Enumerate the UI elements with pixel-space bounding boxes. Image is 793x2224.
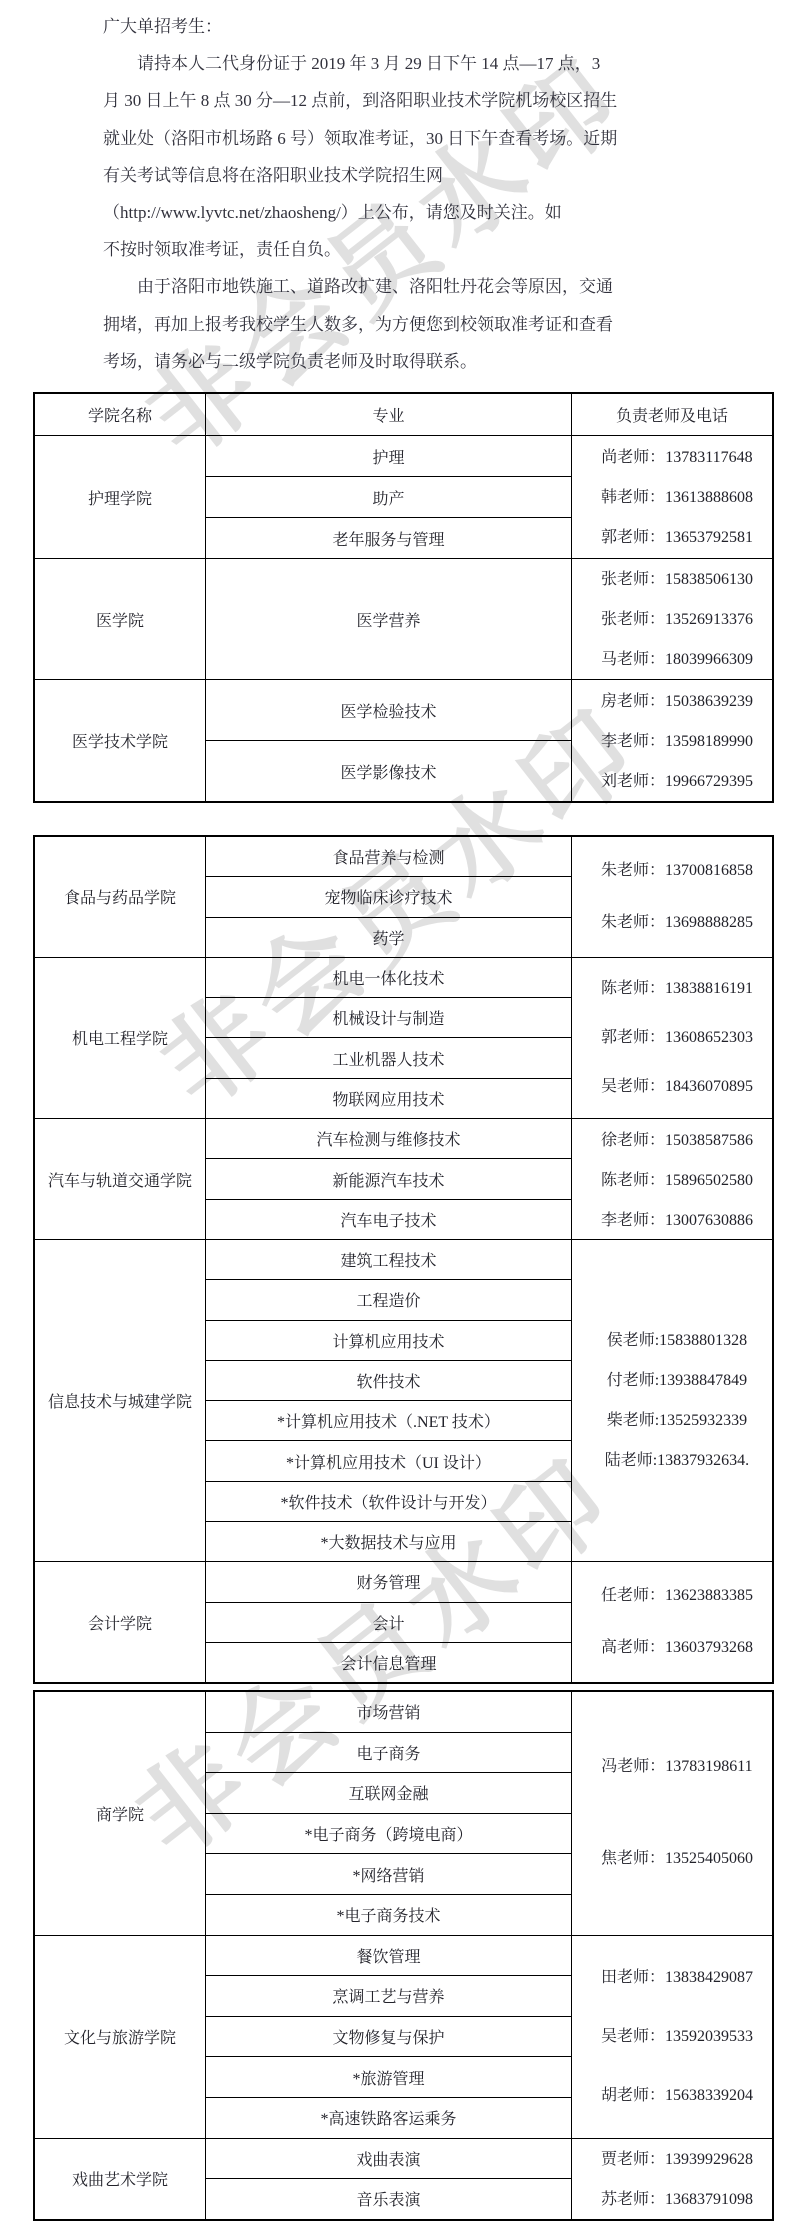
- teacher-phone: 侯老师:15838801328: [582, 1321, 772, 1361]
- contact-table-business-arts: 商学院市场营销冯老师：13783198611焦老师：13525405060电子商…: [33, 1690, 774, 2221]
- table-header-row: 学院名称专业负责老师及电话: [34, 393, 773, 436]
- table-row: 戏曲艺术学院戏曲表演贾老师：13939929628苏老师：13683791098: [34, 2138, 773, 2179]
- document-page: 非会员水印 非会员水印 非会员水印 广大单招考生：请持本人二代身份证于 2019…: [0, 0, 793, 2224]
- college-name-cell: 护理学院: [34, 436, 205, 559]
- teacher-phone: 朱老师：13700816858: [582, 851, 772, 891]
- major-cell: 老年服务与管理: [205, 518, 571, 559]
- phone-list: 张老师：15838506130张老师：13526913376马老师：180399…: [572, 560, 772, 678]
- teacher-phone-cell: 朱老师：13700816858朱老师：13698888285: [571, 836, 773, 957]
- phone-list: 冯老师：13783198611焦老师：13525405060: [572, 1695, 772, 1931]
- teacher-phone: 李老师：13598189990: [582, 722, 772, 762]
- teacher-phone: 韩老师：13613888608: [582, 478, 772, 518]
- major-cell: 烹调工艺与营养: [205, 1976, 571, 2017]
- teacher-phone: 张老师：15838506130: [582, 560, 772, 600]
- table-row: 信息技术与城建学院建筑工程技术侯老师:15838801328付老师:139388…: [34, 1239, 773, 1279]
- major-cell: 机械设计与制造: [205, 998, 571, 1038]
- notice-line: 不按时领取准考证，责任自负。: [103, 231, 735, 268]
- teacher-phone: 房老师：15038639239: [582, 682, 772, 722]
- major-cell: *软件技术（软件设计与开发）: [205, 1481, 571, 1521]
- major-cell: 药学: [205, 917, 571, 957]
- major-cell: *高速铁路客运乘务: [205, 2097, 571, 2138]
- teacher-phone: 徐老师：15038587586: [582, 1121, 772, 1161]
- teacher-phone: 李老师：13007630886: [582, 1201, 772, 1239]
- teacher-phone: 冯老师：13783198611: [582, 1747, 772, 1787]
- major-cell: *电子商务（跨境电商）: [205, 1813, 571, 1854]
- major-cell: 餐饮管理: [205, 1935, 571, 1976]
- major-cell: 音乐表演: [205, 2179, 571, 2220]
- teacher-phone-cell: 任老师：13623883385高老师：13603793268: [571, 1562, 773, 1683]
- phone-list: 朱老师：13700816858朱老师：13698888285: [572, 839, 772, 955]
- contact-table-medical: 学院名称专业负责老师及电话护理学院护理尚老师：13783117648韩老师：13…: [33, 392, 774, 803]
- table-row: 商学院市场营销冯老师：13783198611焦老师：13525405060: [34, 1691, 773, 1732]
- college-name-cell: 食品与药品学院: [34, 836, 205, 957]
- major-cell: 物联网应用技术: [205, 1078, 571, 1118]
- column-header: 专业: [205, 393, 571, 436]
- major-cell: 新能源汽车技术: [205, 1159, 571, 1199]
- major-cell: 医学影像技术: [205, 741, 571, 803]
- teacher-phone-cell: 尚老师：13783117648韩老师：13613888608郭老师：136537…: [571, 436, 773, 559]
- teacher-phone: 朱老师：13698888285: [582, 903, 772, 943]
- teacher-phone: 陈老师：13838816191: [582, 969, 772, 1009]
- major-cell: 文物修复与保护: [205, 2016, 571, 2057]
- phone-list: 房老师：15038639239李老师：13598189990刘老师：199667…: [572, 682, 772, 800]
- notice-line: 考场，请务必与二级学院负责老师及时取得联系。: [103, 343, 735, 380]
- table-row: 机电工程学院机电一体化技术陈老师：13838816191郭老师：13608652…: [34, 957, 773, 997]
- teacher-phone: 马老师：18039966309: [582, 640, 772, 680]
- college-name-cell: 医学院: [34, 559, 205, 680]
- notice-line: 有关考试等信息将在洛阳职业技术学院招生网: [103, 157, 735, 194]
- teacher-phone-cell: 田老师：13838429087吴老师：13592039533胡老师：156383…: [571, 1935, 773, 2138]
- teacher-phone-cell: 陈老师：13838816191郭老师：13608652303吴老师：184360…: [571, 957, 773, 1118]
- phone-list: 侯老师:15838801328付老师:13938847849柴老师:135259…: [572, 1244, 772, 1556]
- major-cell: 互联网金融: [205, 1773, 571, 1814]
- major-cell: 软件技术: [205, 1360, 571, 1400]
- table-row: 医学院医学营养张老师：15838506130张老师：13526913376马老师…: [34, 559, 773, 680]
- teacher-phone: 付老师:13938847849: [582, 1361, 772, 1401]
- teacher-phone: 刘老师：19966729395: [582, 762, 772, 802]
- major-cell: 建筑工程技术: [205, 1239, 571, 1279]
- college-name-cell: 会计学院: [34, 1562, 205, 1683]
- major-cell: 助产: [205, 477, 571, 518]
- table-row: 医学技术学院医学检验技术房老师：15038639239李老师：135981899…: [34, 680, 773, 741]
- notice-line: 由于洛阳市地铁施工、道路改扩建、洛阳牡丹花会等原因，交通: [103, 268, 735, 305]
- major-cell: *大数据技术与应用: [205, 1522, 571, 1562]
- teacher-phone: 吴老师：18436070895: [582, 1067, 772, 1107]
- major-cell: *电子商务技术: [205, 1894, 571, 1935]
- phone-list: 任老师：13623883385高老师：13603793268: [572, 1564, 772, 1680]
- major-cell: 计算机应用技术: [205, 1320, 571, 1360]
- table-row: 护理学院护理尚老师：13783117648韩老师：13613888608郭老师：…: [34, 436, 773, 477]
- table-row: 食品与药品学院食品营养与检测朱老师：13700816858朱老师：1369888…: [34, 836, 773, 877]
- major-cell: *网络营销: [205, 1854, 571, 1895]
- contact-table-engineering: 食品与药品学院食品营养与检测朱老师：13700816858朱老师：1369888…: [33, 835, 774, 1684]
- major-cell: 电子商务: [205, 1732, 571, 1773]
- teacher-phone: 田老师：13838429087: [582, 1958, 772, 1998]
- teacher-phone: 陆老师:13837932634.: [582, 1441, 772, 1481]
- teacher-phone-cell: 冯老师：13783198611焦老师：13525405060: [571, 1691, 773, 1935]
- teacher-phone-cell: 张老师：15838506130张老师：13526913376马老师：180399…: [571, 559, 773, 680]
- college-name-cell: 戏曲艺术学院: [34, 2138, 205, 2220]
- notice-line: （http://www.lyvtc.net/zhaosheng/）上公布，请您及…: [103, 194, 735, 231]
- teacher-phone: 苏老师：13683791098: [582, 2180, 772, 2220]
- phone-list: 尚老师：13783117648韩老师：13613888608郭老师：136537…: [572, 438, 772, 556]
- college-name-cell: 汽车与轨道交通学院: [34, 1119, 205, 1240]
- table-row: 文化与旅游学院餐饮管理田老师：13838429087吴老师：1359203953…: [34, 1935, 773, 1976]
- teacher-phone: 胡老师：15638339204: [582, 2076, 772, 2116]
- major-cell: *计算机应用技术（UI 设计）: [205, 1441, 571, 1481]
- teacher-phone: 尚老师：13783117648: [582, 438, 772, 478]
- teacher-phone: 陈老师：15896502580: [582, 1161, 772, 1201]
- college-name-cell: 机电工程学院: [34, 957, 205, 1118]
- major-cell: 食品营养与检测: [205, 836, 571, 877]
- teacher-phone: 高老师：13603793268: [582, 1628, 772, 1668]
- teacher-phone: 贾老师：13939929628: [582, 2140, 772, 2180]
- phone-list: 徐老师：15038587586陈老师：15896502580李老师：130076…: [572, 1121, 772, 1237]
- major-cell: 会计: [205, 1602, 571, 1642]
- major-cell: 护理: [205, 436, 571, 477]
- column-header: 负责老师及电话: [571, 393, 773, 436]
- major-cell: 汽车检测与维修技术: [205, 1119, 571, 1159]
- phone-list: 田老师：13838429087吴老师：13592039533胡老师：156383…: [572, 1939, 772, 2135]
- major-cell: 宠物临床诊疗技术: [205, 877, 571, 917]
- teacher-phone: 吴老师：13592039533: [582, 2017, 772, 2057]
- notice-line: 请持本人二代身份证于 2019 年 3 月 29 日下午 14 点—17 点，3: [103, 45, 735, 82]
- major-cell: 医学检验技术: [205, 680, 571, 741]
- teacher-phone: 柴老师:13525932339: [582, 1401, 772, 1441]
- teacher-phone-cell: 侯老师:15838801328付老师:13938847849柴老师:135259…: [571, 1239, 773, 1561]
- teacher-phone: 郭老师：13653792581: [582, 518, 772, 558]
- teacher-phone-cell: 贾老师：13939929628苏老师：13683791098: [571, 2138, 773, 2220]
- major-cell: 戏曲表演: [205, 2138, 571, 2179]
- major-cell: 机电一体化技术: [205, 957, 571, 997]
- teacher-phone-cell: 徐老师：15038587586陈老师：15896502580李老师：130076…: [571, 1119, 773, 1240]
- major-cell: 会计信息管理: [205, 1642, 571, 1683]
- teacher-phone-cell: 房老师：15038639239李老师：13598189990刘老师：199667…: [571, 680, 773, 803]
- major-cell: 工业机器人技术: [205, 1038, 571, 1078]
- table-row: 会计学院财务管理任老师：13623883385高老师：13603793268: [34, 1562, 773, 1602]
- notice-paragraphs: 广大单招考生：请持本人二代身份证于 2019 年 3 月 29 日下午 14 点…: [103, 8, 735, 380]
- major-cell: 汽车电子技术: [205, 1199, 571, 1239]
- notice-salutation: 广大单招考生：: [103, 8, 735, 45]
- phone-list: 陈老师：13838816191郭老师：13608652303吴老师：184360…: [572, 960, 772, 1115]
- teacher-phone: 郭老师：13608652303: [582, 1018, 772, 1058]
- phone-list: 贾老师：13939929628苏老师：13683791098: [572, 2140, 772, 2217]
- teacher-phone: 任老师：13623883385: [582, 1576, 772, 1616]
- teacher-phone: 张老师：13526913376: [582, 600, 772, 640]
- major-cell: 财务管理: [205, 1562, 571, 1602]
- major-cell: 工程造价: [205, 1280, 571, 1320]
- teacher-phone: 焦老师：13525405060: [582, 1839, 772, 1879]
- notice-line: 拥堵，再加上报考我校学生人数多，为方便您到校领取准考证和查看: [103, 306, 735, 343]
- notice-line: 月 30 日上午 8 点 30 分—12 点前，到洛阳职业技术学院机场校区招生: [103, 82, 735, 119]
- college-name-cell: 商学院: [34, 1691, 205, 1935]
- college-name-cell: 医学技术学院: [34, 680, 205, 803]
- major-cell: *旅游管理: [205, 2057, 571, 2098]
- major-cell: *计算机应用技术（.NET 技术）: [205, 1401, 571, 1441]
- column-header: 学院名称: [34, 393, 205, 436]
- table-row: 汽车与轨道交通学院汽车检测与维修技术徐老师：15038587586陈老师：158…: [34, 1119, 773, 1159]
- major-cell: 市场营销: [205, 1691, 571, 1732]
- notice-line: 就业处（洛阳市机场路 6 号）领取准考证，30 日下午查看考场。近期: [103, 120, 735, 157]
- major-cell: 医学营养: [205, 559, 571, 680]
- college-name-cell: 信息技术与城建学院: [34, 1239, 205, 1561]
- college-name-cell: 文化与旅游学院: [34, 1935, 205, 2138]
